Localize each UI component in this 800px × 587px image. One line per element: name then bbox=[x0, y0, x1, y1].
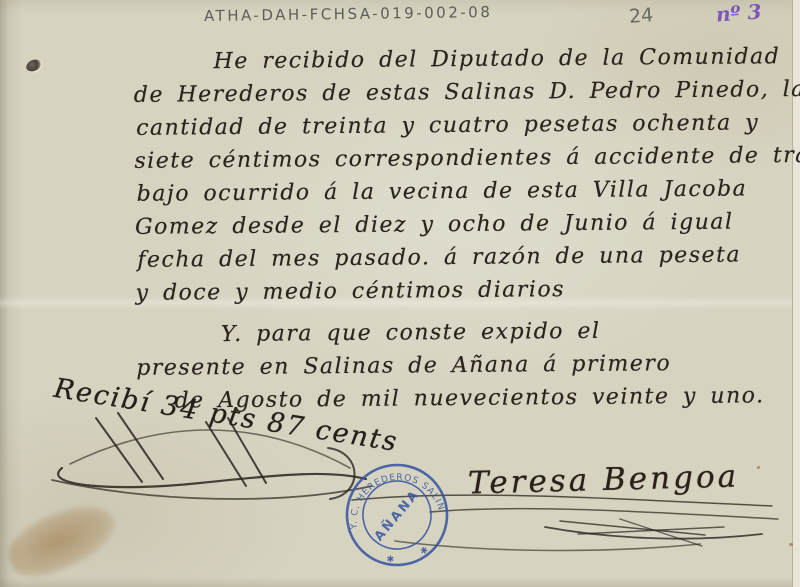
handwritten-line-3: cantidad de treinta y cuatro pesetas och… bbox=[136, 108, 759, 143]
paper-stain bbox=[0, 492, 125, 587]
handwritten-line-1: He recibido del Diputado de la Comunidad bbox=[213, 42, 780, 77]
handwritten-line-8: y doce y medio céntimos diarios bbox=[135, 275, 565, 309]
handwritten-line-5: bajo ocurrido á la vecina de esta Villa … bbox=[137, 174, 748, 209]
stamp-bottom-left-mark: ✱ bbox=[387, 555, 395, 565]
heirs-community-stamp: Y. C. HEREDEROS SALINAS AÑANA ✱ ✱ bbox=[331, 449, 464, 582]
handwritten-line-10: presente en Salinas de Añana á primero bbox=[136, 349, 671, 384]
paper-blemish bbox=[25, 58, 42, 73]
handwritten-line-2: de Herederos de estas Salinas D. Pedro P… bbox=[134, 75, 800, 111]
signature-name: Teresa Bengoa bbox=[468, 458, 740, 501]
handwritten-line-7: fecha del mes pasado. á razón de una pes… bbox=[137, 241, 741, 276]
handwritten-line-9: Y. para que conste expido el bbox=[221, 317, 601, 350]
paper-speck bbox=[789, 543, 793, 546]
ink-document-number: nº 3 bbox=[715, 0, 762, 27]
receipt-body: He recibido del Diputado de la Comunidad… bbox=[133, 35, 784, 411]
stamp-bottom-right-mark: ✱ bbox=[419, 545, 430, 557]
scanned-document: ATHA-DAH-FCHSA-019-002-08 24 nº 3 He rec… bbox=[0, 0, 800, 587]
handwritten-line-4: siete céntimos correspondientes á accide… bbox=[134, 141, 800, 177]
stamp-center-text: AÑANA bbox=[371, 486, 423, 543]
paper-speck bbox=[757, 466, 760, 469]
pencil-page-number: 24 bbox=[628, 4, 654, 28]
handwritten-line-6: Gomez desde el diez y ocho de Junio á ig… bbox=[135, 208, 734, 243]
archival-reference-code: ATHA-DAH-FCHSA-019-002-08 bbox=[204, 3, 493, 25]
